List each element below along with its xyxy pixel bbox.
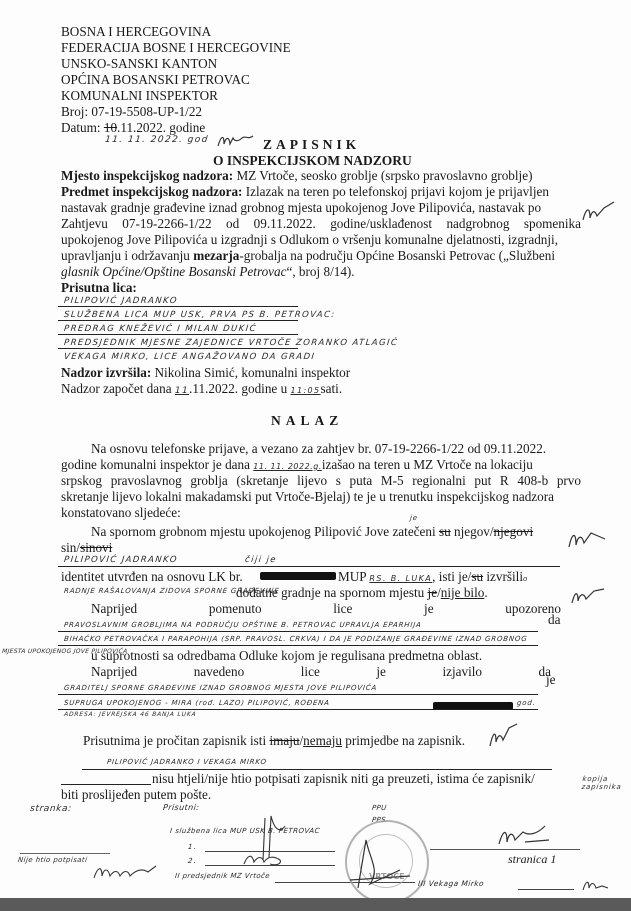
header-line: UNSKO-SANSKI KANTON [61,56,217,71]
margin-initials-icon [580,200,620,226]
inspector-signature-icon [495,822,555,848]
document-date: Datum: 10.11.2022. godine [61,120,205,135]
handwritten-date: 11. 11. 2022. god [104,135,209,145]
party-label: stranka: [29,804,72,814]
stamp-signature-icon [340,830,420,890]
document-subtitle: O INSPEKCIJSKOM NADZORU [213,153,412,169]
initials-signature-icon [215,132,257,150]
document-title: ZAPISNIK [263,137,360,153]
scan-bottom-edge [0,898,631,911]
margin-initials-icon [565,525,609,551]
present-person-entry: PREDRAG KNEŽEVIĆ I MILAN DUKIĆ [63,324,257,334]
margin-initials-icon [568,585,608,607]
signature-icon [580,876,610,892]
findings-heading: NALAZ [271,413,343,429]
refusal-statement: nisu htjeli/nije htio potpisati zapisnik… [152,771,535,786]
present-label: Prisutni: [163,803,200,812]
document-page: BOSNA I HERCEGOVINA FEDERACIJA BOSNE I H… [0,0,631,898]
handwritten-refusers: PILIPOVIĆ JADRANKO I VEKAGA MIRKO [107,758,268,766]
struck-date: 10 [104,120,117,135]
inspection-location: Mjesto inspekcijskog nadzora: MZ Vrtoče,… [61,168,532,183]
reference-number: Broj: 07-19-5508-UP-1/22 [61,104,202,119]
present-person-entry: PREDSJEDNIK MJESNE ZAJEDNICE VRTOČE ZORA… [63,338,398,348]
party-refused-note: Nije htio potpisati [18,856,88,864]
margin-initials-icon [487,722,521,750]
handwritten-name: PILIPOVIĆ JADRANKO [63,555,178,565]
signature-icon [90,862,170,882]
header-line: BOSNA I HERCEGOVINA [61,24,211,39]
present-person-entry: PILIPOVIĆ JADRANKO [63,296,178,306]
inspector-name: Nadzor izvršila: Nikolina Simić, komunal… [61,365,350,380]
present-person-entry: VEKAGA MIRKO, LICE ANGAŽOVANO DA GRADI [63,352,315,362]
remarks-statement: Prisutnima je pročitan zapisnik isti ima… [83,733,465,748]
header-line: KOMUNALNI INSPEKTOR [61,88,218,103]
signature-icon [240,852,290,868]
inspection-start: Nadzor započet dana 11.11.2022. godine u… [61,381,342,399]
present-persons-label: Prisutna lica: [61,280,137,295]
page-number: stranica 1 [508,852,556,867]
present-person-entry: SLUŽBENA LICA MUP USK, PRVA PS B. PETROV… [63,310,336,320]
header-line: OPĆINA BOSANSKI PETROVAC [61,72,250,87]
header-line: FEDERACIJA BOSNE I HERCEGOVINE [61,40,291,55]
redacted-id-number [260,572,336,580]
